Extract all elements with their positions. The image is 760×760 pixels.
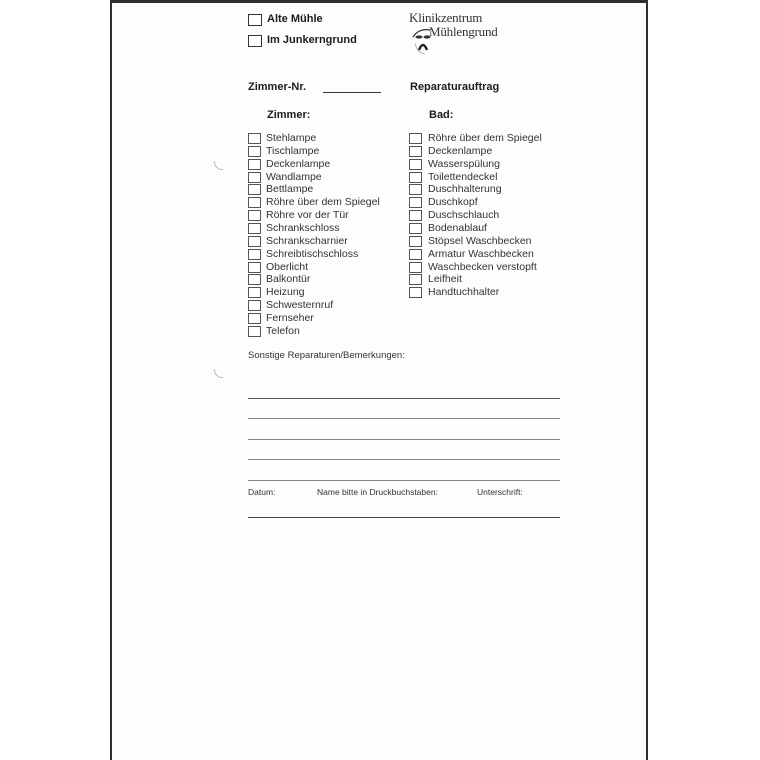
checklist-item-label: Fernseher <box>266 312 314 324</box>
checkbox[interactable] <box>409 249 422 260</box>
remarks-label: Sonstige Reparaturen/Bemerkungen: <box>248 350 405 361</box>
checkbox[interactable] <box>248 184 261 195</box>
checkbox[interactable] <box>248 146 261 157</box>
checklist-item-label: Waschbecken verstopft <box>428 261 537 273</box>
checklist-item-label: Schreibtischschloss <box>266 248 358 260</box>
checkbox[interactable] <box>248 133 261 144</box>
room-number-label: Zimmer-Nr. <box>248 81 306 93</box>
signature-line[interactable] <box>248 517 560 518</box>
checkbox[interactable] <box>248 313 261 324</box>
location-label-im-junkerngrund: Im Junkerngrund <box>267 34 357 46</box>
checklist-item-label: Heizung <box>266 286 305 298</box>
form-page: Alte Mühle Im Junkerngrund Klinikzentrum… <box>110 0 648 760</box>
location-checkbox-im-junkerngrund[interactable] <box>248 35 262 47</box>
checkbox[interactable] <box>248 236 261 247</box>
checkbox[interactable] <box>248 262 261 273</box>
name-label: Name bitte in Druckbuchstaben: <box>317 487 438 497</box>
zimmer-heading: Zimmer: <box>267 109 310 121</box>
clinic-logo: Klinikzentrum Mühlengrund <box>409 8 519 58</box>
location-label-alte-muehle: Alte Mühle <box>267 13 323 25</box>
checkbox[interactable] <box>248 210 261 221</box>
checkbox[interactable] <box>248 287 261 298</box>
checkbox[interactable] <box>248 326 261 337</box>
checklist-item-label: Deckenlampe <box>428 145 492 157</box>
checkbox[interactable] <box>409 223 422 234</box>
checkbox[interactable] <box>409 274 422 285</box>
checklist-item-label: Bodenablauf <box>428 222 487 234</box>
checkbox[interactable] <box>248 197 261 208</box>
checkbox[interactable] <box>248 300 261 311</box>
checklist-item-label: Armatur Waschbecken <box>428 248 534 260</box>
checkbox[interactable] <box>248 159 261 170</box>
checklist-item-label: Toilettendeckel <box>428 171 497 183</box>
checklist-item-label: Deckenlampe <box>266 158 330 170</box>
remarks-line-1[interactable] <box>248 398 560 399</box>
punch-mark <box>214 369 223 378</box>
remarks-line-5[interactable] <box>248 480 560 481</box>
punch-mark <box>214 161 223 170</box>
checkbox[interactable] <box>248 172 261 183</box>
checkbox[interactable] <box>248 223 261 234</box>
checklist-item-label: Tischlampe <box>266 145 319 157</box>
checklist-item-label: Balkontür <box>266 273 310 285</box>
checkbox[interactable] <box>409 146 422 157</box>
checklist-item-label: Schrankschloss <box>266 222 340 234</box>
checkbox[interactable] <box>409 172 422 183</box>
checkbox[interactable] <box>409 236 422 247</box>
checklist-item-label: Oberlicht <box>266 261 308 273</box>
checkbox[interactable] <box>409 210 422 221</box>
signature-label: Unterschrift: <box>477 487 523 497</box>
checkbox[interactable] <box>409 133 422 144</box>
bad-heading: Bad: <box>429 109 453 121</box>
checkbox[interactable] <box>409 159 422 170</box>
checklist-item-label: Schwesternruf <box>266 299 333 311</box>
location-checkbox-alte-muehle[interactable] <box>248 14 262 26</box>
checklist-item-label: Röhre vor der Tür <box>266 209 349 221</box>
remarks-line-2[interactable] <box>248 418 560 419</box>
logo-line2: Mühlengrund <box>429 24 498 40</box>
checklist-item-label: Bettlampe <box>266 183 313 195</box>
remarks-line-4[interactable] <box>248 459 560 460</box>
checkbox[interactable] <box>248 249 261 260</box>
checklist-item-label: Duschhalterung <box>428 183 502 195</box>
checklist-item-label: Wandlampe <box>266 171 322 183</box>
checkbox[interactable] <box>409 197 422 208</box>
checkbox[interactable] <box>409 287 422 298</box>
mill-wheel-logo-icon <box>411 25 435 55</box>
room-number-field[interactable] <box>323 92 381 93</box>
form-title: Reparaturauftrag <box>410 81 499 93</box>
checklist-item-label: Schrankscharnier <box>266 235 348 247</box>
date-label: Datum: <box>248 487 275 497</box>
checklist-item-label: Telefon <box>266 325 300 337</box>
remarks-line-3[interactable] <box>248 439 560 440</box>
checkbox[interactable] <box>248 274 261 285</box>
checklist-item-label: Stöpsel Waschbecken <box>428 235 532 247</box>
checklist-item-label: Stehlampe <box>266 132 316 144</box>
checklist-item-label: Duschschlauch <box>428 209 499 221</box>
checklist-item-label: Handtuchhalter <box>428 286 499 298</box>
checkbox[interactable] <box>409 262 422 273</box>
checklist-item-label: Duschkopf <box>428 196 478 208</box>
checklist-item-label: Röhre über dem Spiegel <box>428 132 542 144</box>
checklist-item-label: Wasserspülung <box>428 158 500 170</box>
checklist-item-label: Röhre über dem Spiegel <box>266 196 380 208</box>
checklist-item-label: Leifheit <box>428 273 462 285</box>
checkbox[interactable] <box>409 184 422 195</box>
